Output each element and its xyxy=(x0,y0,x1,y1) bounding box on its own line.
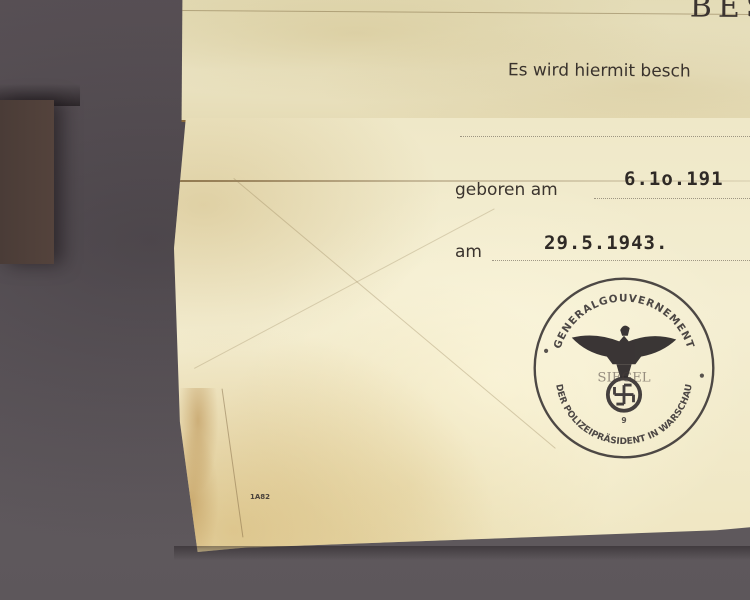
wooden-object xyxy=(0,100,54,264)
issue-date-value: 29.5.1943. xyxy=(544,232,668,254)
fold-line xyxy=(182,10,750,15)
crease-line xyxy=(194,208,495,369)
paper-shadow xyxy=(174,546,750,560)
birth-date-label: geboren am xyxy=(455,180,558,200)
stamp-graphic: GENERALGOUVERNEMENT DER POLIZEIPRÄSIDENT… xyxy=(529,273,719,463)
stamp-center-text: SIEGEL xyxy=(597,370,650,385)
document-title-fragment: BES xyxy=(690,0,750,25)
birth-date-value: 6.1o.191 xyxy=(624,168,724,190)
issue-date-label: am xyxy=(455,242,482,262)
document-intro-text: Es wird hiermit besch xyxy=(508,60,691,81)
crease-line xyxy=(233,178,555,449)
stamp-number: 9 xyxy=(621,416,626,425)
dotted-rule xyxy=(460,136,750,137)
dotted-rule xyxy=(492,260,750,261)
document-upper-sheet: BES Es wird hiermit besch xyxy=(182,0,750,126)
document-lower-sheet: geboren am 6.1o.191 am 29.5.1943. 1A82 G… xyxy=(174,118,750,552)
emblem-symbol-icon xyxy=(615,385,634,404)
dotted-rule xyxy=(594,198,750,199)
official-stamp: GENERALGOUVERNEMENT DER POLIZEIPRÄSIDENT… xyxy=(529,273,719,463)
print-code: 1A82 xyxy=(250,493,270,501)
